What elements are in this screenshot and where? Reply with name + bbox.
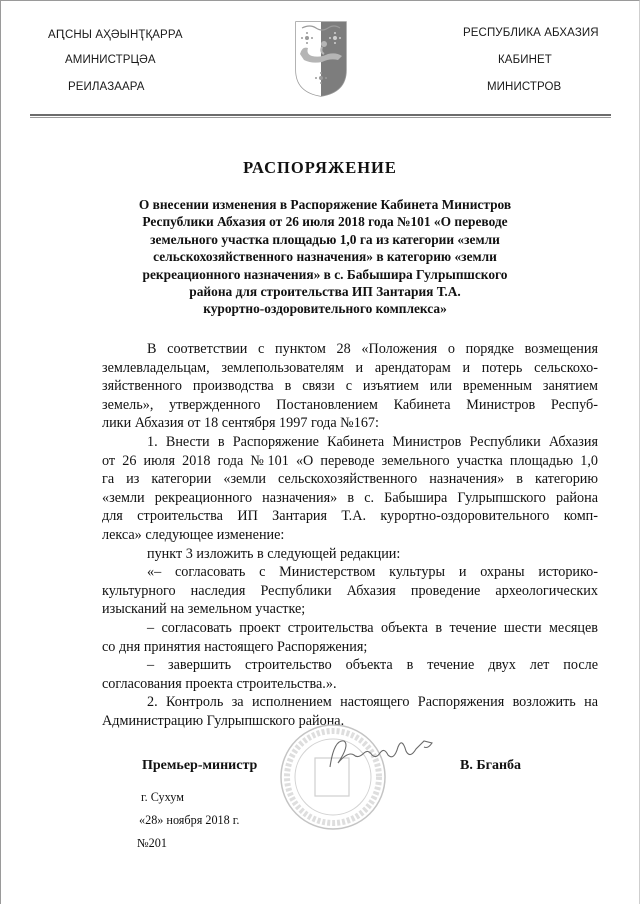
- document-type-title: РАСПОРЯЖЕНИЕ: [0, 158, 640, 178]
- body-line: со дня принятия настоящего Распоряжения;: [102, 638, 598, 657]
- header-left-line-2: АМИНИСТРЦӘА: [65, 54, 156, 66]
- body-line: «– согласовать с Министерством культуры …: [102, 563, 598, 582]
- document-number: №201: [137, 836, 167, 851]
- body-line: 1. Внести в Распоряжение Кабинета Минист…: [102, 433, 598, 452]
- body-line: га из категории «земли сельскохозяйствен…: [102, 470, 598, 489]
- handwritten-signature-icon: [320, 733, 440, 773]
- body-line: для строительства ИП Зантария Т.А. курор…: [102, 507, 598, 526]
- header-right-line-1: РЕСПУБЛИКА АБХАЗИЯ: [463, 27, 599, 39]
- header-left-line-1: АԤСНЫ АҲӘЫНҬҚАРРА: [48, 27, 183, 41]
- body-line: 2. Контроль за исполнением настоящего Ра…: [102, 693, 598, 712]
- body-line: – завершить строительство объекта в тече…: [102, 656, 598, 675]
- subject-line: земельного участка площадью 1,0 га из ка…: [110, 231, 540, 248]
- body-line: В соответствии с пунктом 28 «Положения о…: [102, 340, 598, 359]
- body-line: изысканий на земельном участке;: [102, 600, 598, 619]
- coat-of-arms-icon: [294, 20, 348, 98]
- header-right-line-2: КАБИНЕТ: [498, 54, 552, 66]
- document-body: В соответствии с пунктом 28 «Положения о…: [102, 340, 598, 730]
- subject-line: рекреационного назначения» в с. Бабышира…: [110, 266, 540, 283]
- header-right-line-3: МИНИСТРОВ: [487, 81, 561, 93]
- body-line: землевладельцам, землепользователям и ар…: [102, 359, 598, 378]
- body-line: зяйственного производства в связи с изъя…: [102, 377, 598, 396]
- signatory-title: Премьер-министр: [142, 758, 257, 774]
- body-line: согласования проекта строительства.».: [102, 675, 598, 694]
- subject-line: Республики Абхазия от 26 июля 2018 года …: [110, 213, 540, 230]
- subject-line: сельскохозяйственного назначения» в кате…: [110, 248, 540, 265]
- body-line: лики Абхазия от 18 сентября 1997 года №1…: [102, 414, 598, 433]
- signatory-name: В. Бганба: [460, 758, 521, 774]
- subject-line: О внесении изменения в Распоряжение Каби…: [110, 196, 540, 213]
- body-line: – согласовать проект строительства объек…: [102, 619, 598, 638]
- issue-city: г. Сухум: [141, 790, 184, 805]
- body-line: пункт 3 изложить в следующей редакции:: [102, 545, 598, 564]
- body-line: культурного наследия Республики Абхазия …: [102, 582, 598, 601]
- header-separator: [30, 114, 611, 116]
- body-line: от 26 июля 2018 года №101 «О переводе зе…: [102, 452, 598, 471]
- subject-line: курортно-оздоровительного комплекса»: [110, 300, 540, 317]
- header-separator-thin: [30, 117, 611, 118]
- issue-date: «28» ноября 2018 г.: [139, 813, 239, 828]
- subject-line: района для строительства ИП Зантария Т.А…: [110, 283, 540, 300]
- body-line: земель», утвержденного Постановлением Ка…: [102, 396, 598, 415]
- body-line: «земли рекреационного назначения» в с. Б…: [102, 489, 598, 508]
- body-line: лекса» следующее изменение:: [102, 526, 598, 545]
- header-left-line-3: РЕИЛАЗААРА: [68, 81, 145, 93]
- document-subject: О внесении изменения в Распоряжение Каби…: [110, 196, 540, 318]
